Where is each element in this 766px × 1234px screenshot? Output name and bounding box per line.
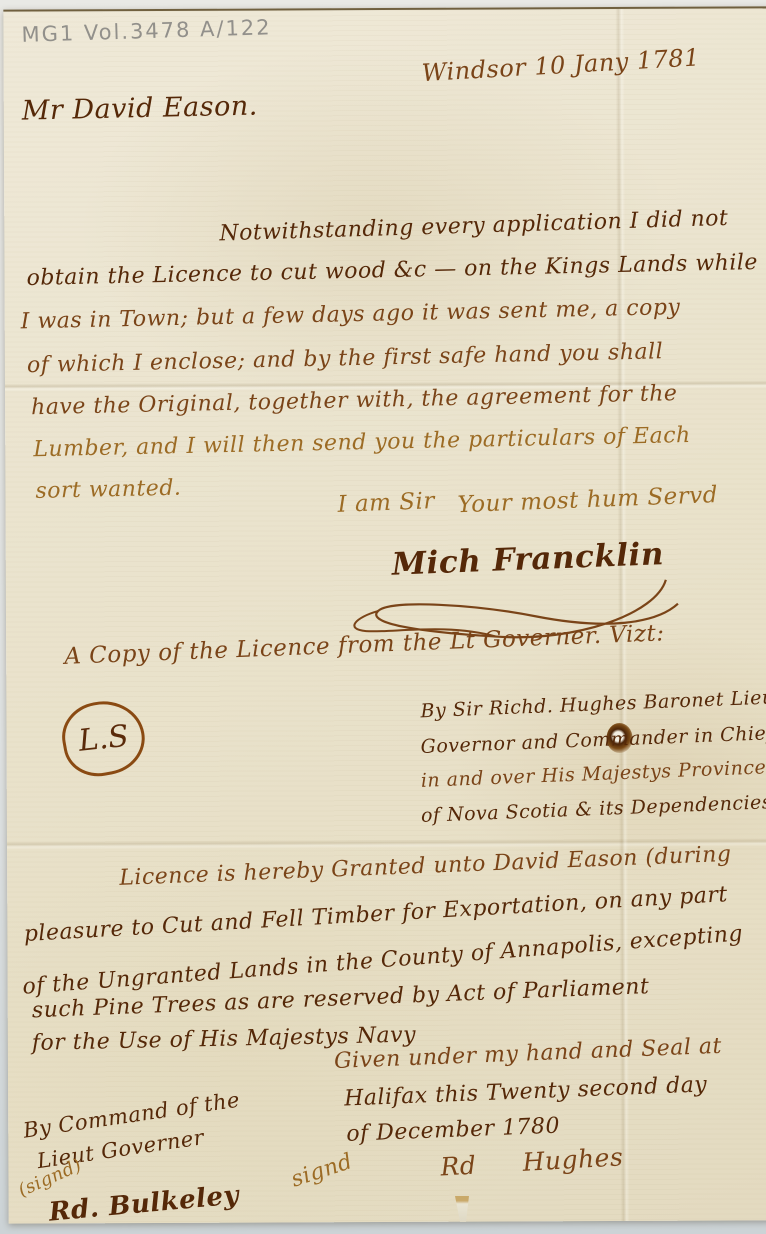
licence-header-line: of Nova Scotia & its Dependencies &ca.	[421, 789, 766, 827]
attestation-line: Halifax this Twenty second day	[344, 1072, 708, 1111]
recipient-line: Mr David Eason.	[21, 91, 258, 127]
body-line: obtain the Licence to cut wood &c — on t…	[26, 250, 758, 291]
licence-body-line: Licence is hereby Granted unto David Eas…	[119, 842, 732, 891]
licence-header-line: Governor and Commander in Chief	[420, 722, 766, 758]
letter-paper: MG1 Vol.3478 A/122 Windsor 10 Jany 1781 …	[3, 6, 766, 1223]
archive-reference: MG1 Vol.3478 A/122	[21, 15, 272, 47]
closing-phrase: Your most hum Servd	[457, 482, 718, 518]
dateline: Windsor 10 Jany 1781	[421, 43, 701, 87]
body-line: have the Original, together with, the ag…	[31, 381, 678, 420]
seal-text: L.S	[77, 718, 131, 758]
licence-header-line: By Sir Richd. Hughes Baronet Lieut:	[420, 686, 766, 722]
seal-locus-sigilli: L.S	[57, 695, 151, 782]
body-line: Notwithstanding every application I did …	[219, 206, 729, 247]
copy-heading: A Copy of the Licence from the Lt Govern…	[64, 620, 665, 670]
licence-header-line: in and over His Majestys Province	[420, 756, 766, 792]
signed-label: signd	[288, 1149, 356, 1193]
letter-photograph: MG1 Vol.3478 A/122 Windsor 10 Jany 1781 …	[0, 0, 766, 1234]
attestation-line: of December 1780	[346, 1114, 561, 1147]
body-line: of which I enclose; and by the first saf…	[27, 339, 664, 378]
signature-francklin: Mich Francklin	[391, 536, 664, 583]
body-line: sort wanted.	[35, 476, 181, 504]
signature-hughes: Rd Hughes	[440, 1142, 624, 1181]
closing-salutation: I am Sir	[337, 488, 435, 518]
signature-bulkeley: Rd. Bulkeley	[48, 1180, 241, 1227]
body-line: I was in Town; but a few days ago it was…	[20, 295, 680, 334]
body-line: Lumber, and I will then send you the par…	[33, 423, 691, 462]
